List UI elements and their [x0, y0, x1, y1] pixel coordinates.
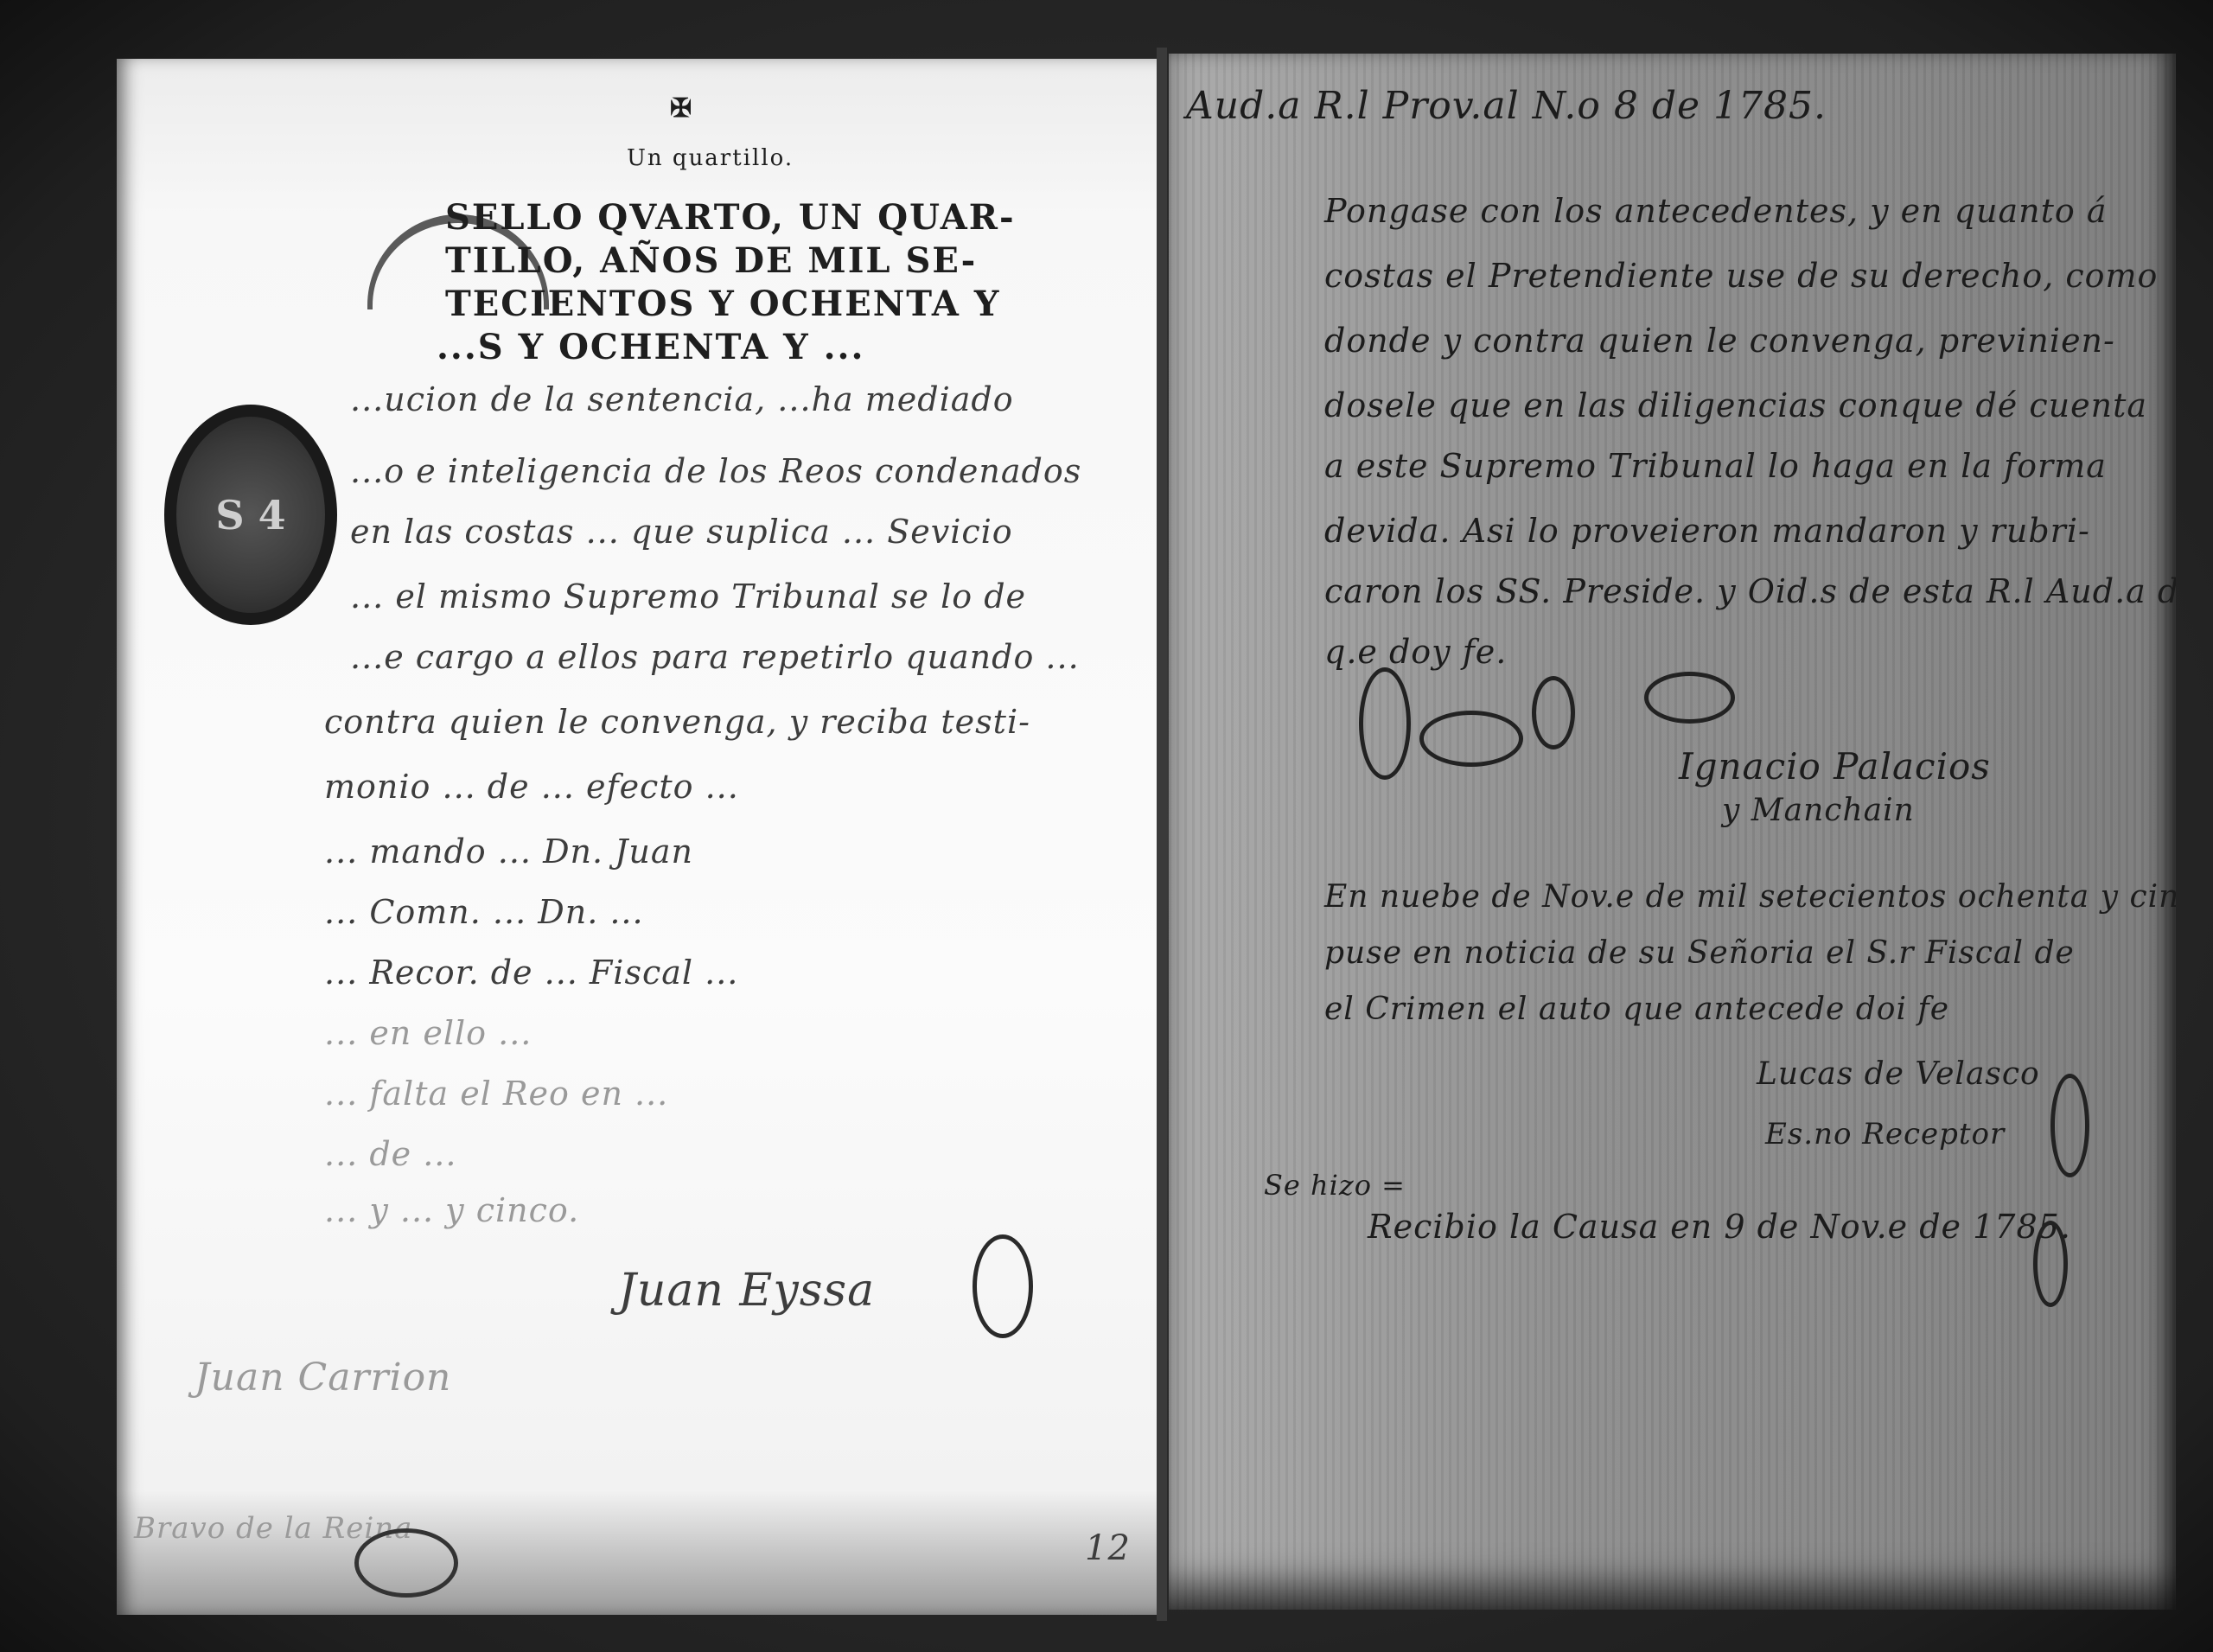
rubric-flourish-icon: [2050, 1074, 2089, 1177]
body-line: devida. Asi lo proveieron mandaron y rub…: [1324, 512, 2090, 550]
body-line: en las costas ... que suplica ... Sevici…: [350, 513, 1013, 551]
stamp-line-4: ...S Y OCHENTA Y ...: [437, 327, 864, 367]
body-line: ... de ...: [324, 1135, 456, 1173]
left-page: ✠ Un quartillo. SELLO QVARTO, UN QUAR- T…: [117, 59, 1167, 1615]
body-line: ... Comn. ... Dn. ...: [324, 893, 644, 931]
signatory-name: Ignacio Palacios: [1679, 745, 1991, 788]
right-page: Aud.a R.l Prov.al N.o 8 de 1785. Pongase…: [1169, 54, 2176, 1610]
signatory-name-2: y Manchain: [1722, 793, 1915, 828]
rubric-flourish-icon: [2033, 1221, 2068, 1307]
signature-juan-eyssa: Juan Eyssa: [618, 1265, 875, 1317]
body-line: ... y ... y cinco.: [324, 1191, 579, 1229]
margin-note: Se hizo =: [1264, 1169, 1406, 1202]
body-line: ... mando ... Dn. Juan: [324, 832, 693, 871]
closing-line: Recibio la Causa en 9 de Nov.e de 1785.: [1368, 1208, 2071, 1246]
body-line: monio ... de ... efecto ...: [324, 768, 739, 806]
body-line: q.e doy fe.: [1324, 633, 1507, 671]
body-line: dosele que en las diligencias conque dé …: [1324, 386, 2147, 424]
header-cross-icon: ✠: [670, 93, 693, 124]
rubric-flourish-icon: [354, 1528, 458, 1598]
body-line: Pongase con los antecedentes, y en quant…: [1324, 192, 2108, 230]
page-gutter: [1157, 48, 1167, 1621]
body-line: costas el Pretendiente use de su derecho…: [1324, 257, 2158, 295]
seal-emblem: S 4: [215, 492, 285, 539]
notary-name: Lucas de Velasco: [1757, 1056, 2040, 1092]
rubric-flourish-icon: [1532, 676, 1575, 749]
body-line: ...ucion de la sentencia, ...ha mediado: [350, 380, 1014, 418]
stamp-line-3: TECIENTOS Y OCHENTA Y: [445, 284, 1000, 324]
rubric-flourish-icon: [1419, 711, 1523, 767]
case-header: Aud.a R.l Prov.al N.o 8 de 1785.: [1186, 84, 1827, 128]
folio-number: 12: [1085, 1528, 1131, 1568]
body-line: ...o e inteligencia de los Reos condenad…: [350, 452, 1081, 490]
stamp-line-1: SELLO QVARTO, UN QUAR-: [445, 197, 1016, 238]
body-line: donde y contra quien le convenga, previn…: [1324, 322, 2115, 360]
body-line: a este Supremo Tribunal lo haga en la fo…: [1324, 447, 2107, 485]
notification-line: el Crimen el auto que antecede doi fe: [1324, 992, 1949, 1027]
body-line: ...e cargo a ellos para repetirlo quando…: [350, 638, 1080, 676]
rubric-flourish-icon: [1359, 667, 1411, 780]
rubric-flourish-icon: [973, 1234, 1033, 1338]
notary-title: Es.no Receptor: [1765, 1117, 2005, 1151]
body-line: ... en ello ...: [324, 1014, 532, 1052]
body-line: ... el mismo Supremo Tribunal se lo de: [350, 577, 1026, 616]
rubric-flourish-icon: [1644, 672, 1735, 724]
body-line: contra quien le convenga, y reciba testi…: [324, 703, 1030, 741]
notification-line: puse en noticia de su Señoria el S.r Fis…: [1324, 935, 2075, 971]
body-line: caron los SS. Preside. y Oid.s de esta R…: [1324, 572, 2176, 610]
stamp-line-2: TILLO, AÑOS DE MIL SE-: [445, 240, 977, 281]
round-seal-icon: S 4: [164, 405, 337, 625]
notification-line: En nuebe de Nov.e de mil setecientos och…: [1324, 879, 2176, 915]
body-line: ... Recor. de ... Fiscal ...: [324, 954, 738, 992]
body-line: ... falta el Reo en ...: [324, 1075, 668, 1113]
header-label: Un quartillo.: [627, 145, 794, 171]
signature-juan-carrion: Juan Carrion: [195, 1355, 451, 1400]
